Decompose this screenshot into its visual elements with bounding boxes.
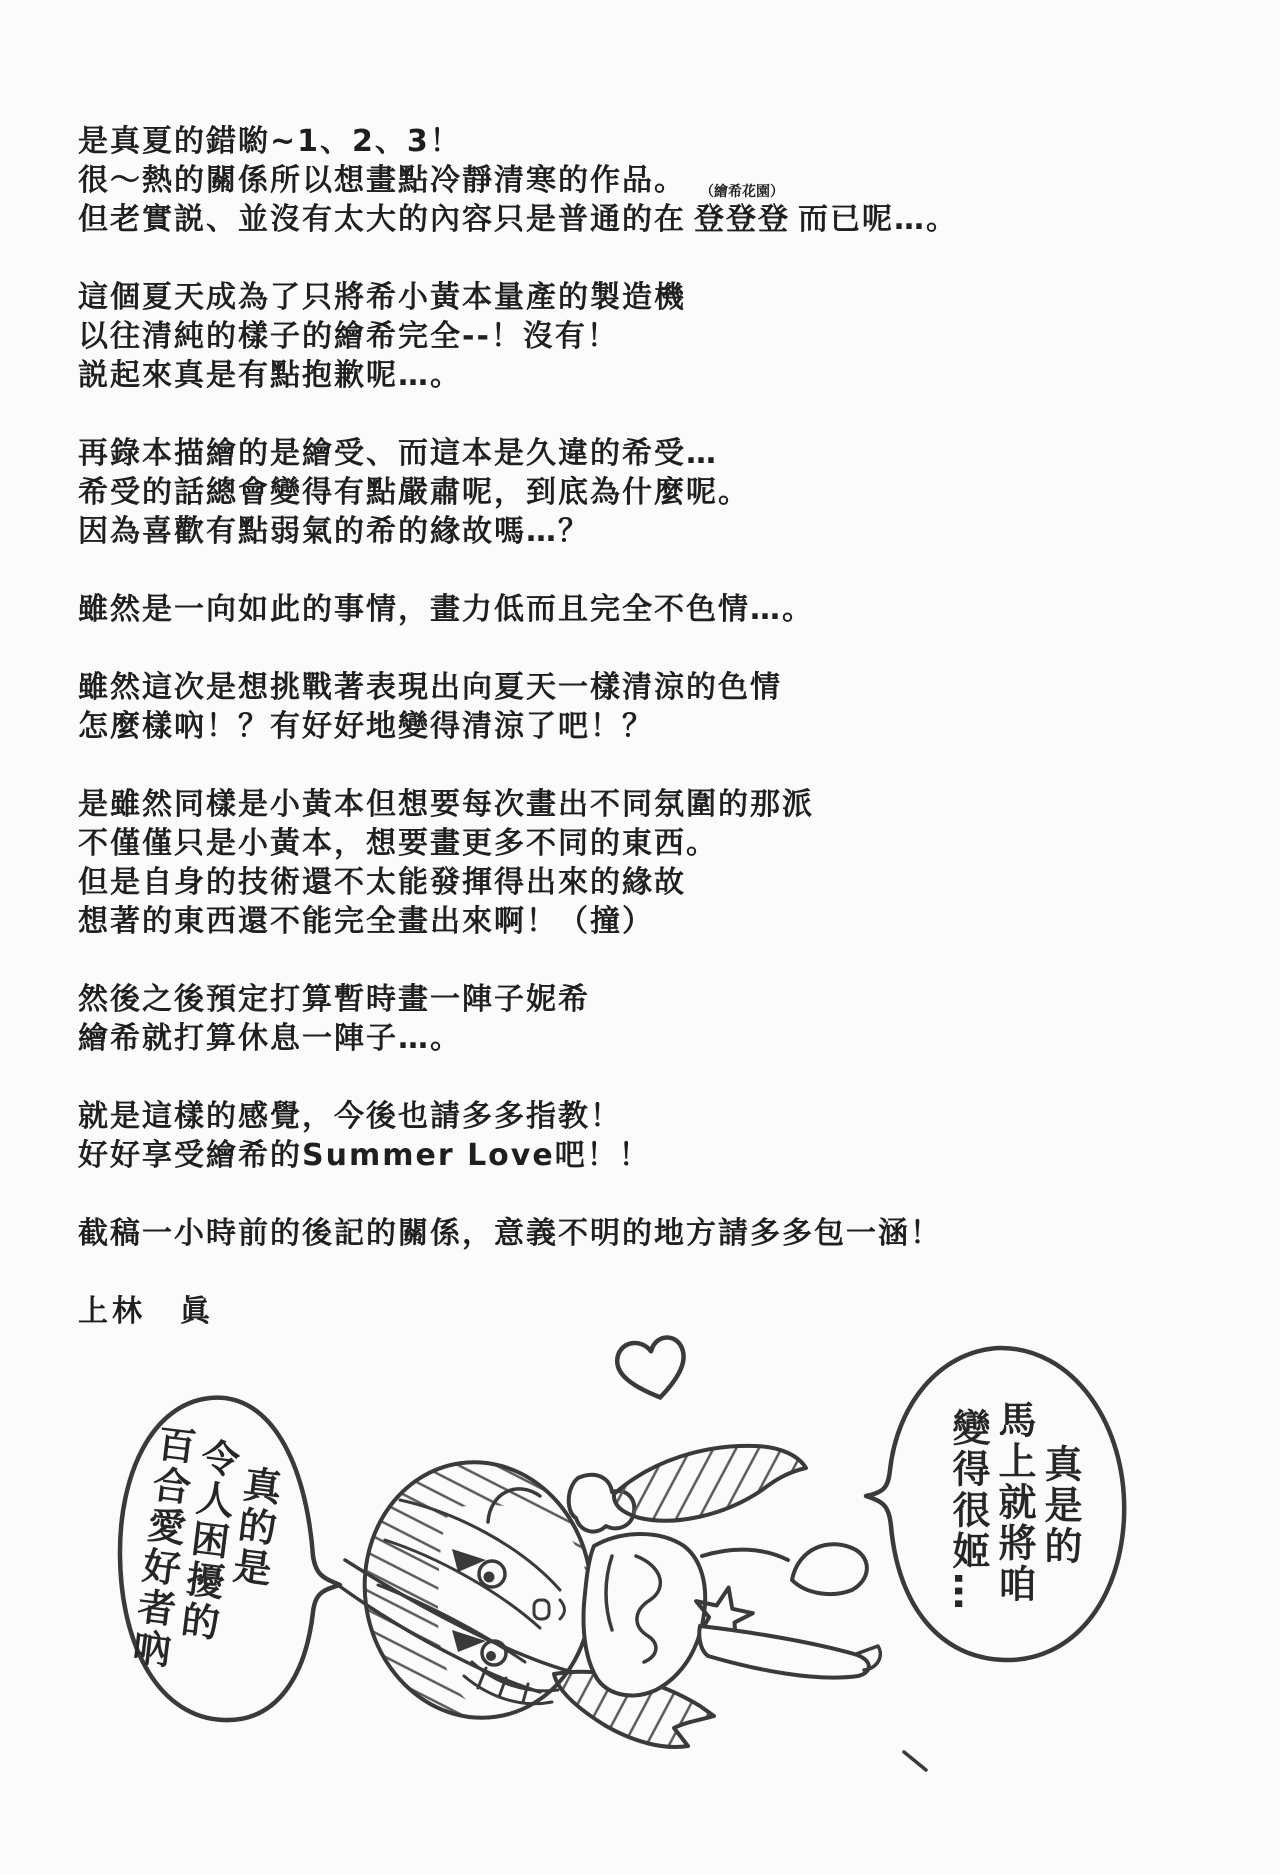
text-line: 繪希就打算休息一陣子…。 xyxy=(78,1019,1178,1058)
chibi-head xyxy=(338,1448,608,1733)
text-line-annotated: 但老實説、並沒有太大的內容只是普通的在（繪希花園）登登登而已呢…。 xyxy=(78,200,1178,239)
bubble-text-column: 百合愛好者吶 xyxy=(119,1422,197,1701)
bubble-text-column: 真是的 xyxy=(1037,1400,1083,1672)
text-line: 雖然是一向如此的事情，畫力低而且完全不色情…。 xyxy=(78,590,1178,629)
text-line: 想著的東西還不能完全畫出來啊！（撞） xyxy=(78,902,1178,941)
afterword-page: 是真夏的錯喲~1、2、3！ 很～熱的關係所以想畫點冷靜清寒的作品。 但老實説、並… xyxy=(0,0,1280,1875)
text-line: 就是這樣的感覺，今後也請多多指教！ xyxy=(78,1097,1178,1136)
text-line: 再錄本描繪的是繪受、而這本是久違的希受… xyxy=(78,434,1178,473)
line-segment: 但老實説、並沒有太大的內容只是普通的在 xyxy=(78,202,686,237)
paragraph: 再錄本描繪的是繪受、而這本是久違的希受… 希受的話總會變得有點嚴肅呢，到底為什麼… xyxy=(78,434,1178,551)
annotated-word-base: 登登登 xyxy=(694,200,790,239)
bubble-text-column: 變得很姬… xyxy=(945,1400,991,1672)
text-line: 怎麼樣吶！？有好好地變得清涼了吧！？ xyxy=(78,707,1178,746)
text-line: 這個夏天成為了只將希小黃本量產的製造機 xyxy=(78,278,1178,317)
chibi-face xyxy=(452,1549,565,1665)
text-line: 是雖然同樣是小黃本但想要每次畫出不同氛圍的那派 xyxy=(78,785,1178,824)
text-line: 説起來真是有點抱歉呢…。 xyxy=(78,356,1178,395)
bubble-text-column: 令人困擾的 xyxy=(164,1428,242,1707)
paragraph: 雖然是一向如此的事情，畫力低而且完全不色情…。 xyxy=(78,590,1178,629)
afterword-text: 是真夏的錯喲~1、2、3！ 很～熱的關係所以想畫點冷靜清寒的作品。 但老實説、並… xyxy=(78,122,1178,1331)
text-line: 但是自身的技術還不太能發揮得出來的緣故 xyxy=(78,863,1178,902)
text-line: 因為喜歡有點弱氣的希的緣故嗎…？ xyxy=(78,512,1178,551)
speech-bubble-right-text: 真是的 馬上就將咱 變得很姬… xyxy=(945,1400,1083,1672)
speech-bubble-right xyxy=(866,1348,1124,1660)
paragraph: 然後之後預定打算暫時畫一陣子妮希 繪希就打算休息一陣子…。 xyxy=(78,980,1178,1058)
chibi-torso xyxy=(584,1534,788,1695)
text-line: 很～熱的關係所以想畫點冷靜清寒的作品。 xyxy=(78,161,1178,200)
pen-tick xyxy=(904,1752,926,1770)
paragraph: 是雖然同樣是小黃本但想要每次畫出不同氛圍的那派 不僅僅只是小黃本，想要畫更多不同… xyxy=(78,785,1178,941)
speech-bubble-left xyxy=(120,1398,340,1720)
text-line: 希受的話總會變得有點嚴肅呢，到底為什麼呢。 xyxy=(78,473,1178,512)
paragraph: 是真夏的錯喲~1、2、3！ 很～熱的關係所以想畫點冷靜清寒的作品。 但老實説、並… xyxy=(78,122,1178,239)
twin-tails xyxy=(554,1446,806,1747)
line-segment: 而已呢…。 xyxy=(798,202,958,237)
text-line: 截稿一小時前的後記的關係，意義不明的地方請多多包一涵！ xyxy=(78,1214,1178,1253)
paragraph: 這個夏天成為了只將希小黃本量產的製造機 以往清純的樣子的繪希完全--！沒有！ 説… xyxy=(78,278,1178,395)
bubble-text-column: 馬上就將咱 xyxy=(991,1400,1037,1672)
paragraph: 截稿一小時前的後記的關係，意義不明的地方請多多包一涵！ xyxy=(78,1214,1178,1253)
paragraph: 就是這樣的感覺，今後也請多多指教！ 好好享受繪希的Summer Love吧！！ xyxy=(78,1097,1178,1175)
sailor-collar xyxy=(464,1662,558,1704)
annotated-word: （繪希花園）登登登 xyxy=(694,200,790,239)
text-line: 雖然這次是想挑戰著表現出向夏天一樣清涼的色情 xyxy=(78,668,1178,707)
text-line: 不僅僅只是小黃本，想要畫更多不同的東西。 xyxy=(78,824,1178,863)
heart-icon xyxy=(614,1335,690,1404)
author-signature: 上林 眞 xyxy=(78,1292,1178,1331)
annotation-small-text: （繪希花園） xyxy=(700,185,784,199)
text-line: 是真夏的錯喲~1、2、3！ xyxy=(78,122,1178,161)
text-line: 好好享受繪希的Summer Love吧！！ xyxy=(78,1136,1178,1175)
star-mark xyxy=(689,1582,757,1647)
text-line: 以往清純的樣子的繪希完全--！沒有！ xyxy=(78,317,1178,356)
speech-bubble-left-text: 真的是 令人困擾的 百合愛好者吶 xyxy=(119,1422,287,1712)
bubble-text-column: 真的是 xyxy=(209,1433,287,1712)
signature-text: 上林 眞 xyxy=(78,1292,1178,1331)
chibi-character xyxy=(338,1446,926,1770)
text-line: 然後之後預定打算暫時畫一陣子妮希 xyxy=(78,980,1178,1019)
chibi-legs xyxy=(699,1544,880,1677)
paragraph: 雖然這次是想挑戰著表現出向夏天一樣清涼的色情 怎麼樣吶！？有好好地變得清涼了吧！… xyxy=(78,668,1178,746)
